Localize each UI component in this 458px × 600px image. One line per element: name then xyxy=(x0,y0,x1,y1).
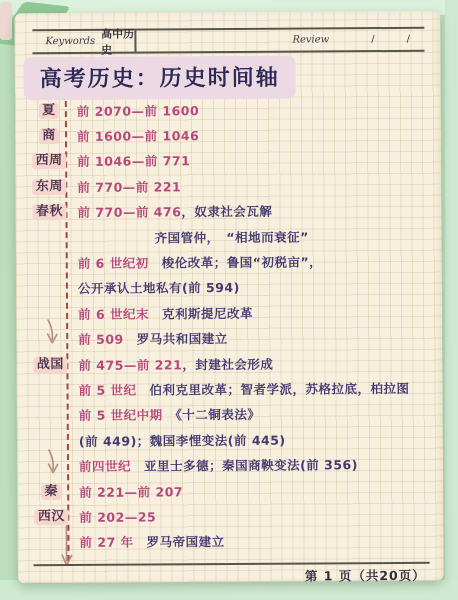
timeline-row: (前 449)；魏国李悝变法(前 445) xyxy=(33,426,437,454)
era-label-wrap: 东周 xyxy=(31,174,67,200)
timeline-row: 公开承认土地私有(前 594) xyxy=(32,273,436,301)
era-label-wrap: 战国 xyxy=(32,352,68,378)
era-label-wrap: 商 xyxy=(31,123,67,149)
subject-label: 高中历史 xyxy=(101,25,135,57)
era-label-wrap: 秦 xyxy=(33,479,69,505)
event-date: 前 1600—前 1046 xyxy=(77,126,199,145)
event-text: 罗马共和国建立 xyxy=(124,329,228,348)
page-number: 第 1 页（共20页） xyxy=(305,566,426,585)
event-text: 罗马帝国建立 xyxy=(134,532,225,551)
page-title: 高考历史：历史时间轴 xyxy=(24,56,296,101)
event-date: 前 2070—前 1600 xyxy=(77,101,199,120)
era-label: 商 xyxy=(39,128,59,144)
timeline-row: 夏 前 2070—前 1600 xyxy=(31,96,435,124)
timeline-row: 前 6 世纪初 梭伦改革；鲁国“初税亩”， xyxy=(32,248,436,276)
timeline-row: 前 6 世纪末 克利斯提尼改革 xyxy=(32,299,436,327)
event-date: 前 1046—前 771 xyxy=(77,152,190,171)
timeline-row: 前四世纪 亚里士多德；秦国商鞅变法(前 356) xyxy=(33,451,437,479)
event-date: 前 509 xyxy=(78,330,124,348)
era-label-wrap: 夏 xyxy=(31,98,67,124)
timeline-rows: 夏 前 2070—前 1600 商 前 1600—前 1046 西周 前 104… xyxy=(31,96,438,555)
timeline-row: 东周 前 770—前 221 xyxy=(31,172,435,200)
review-slash-2: / xyxy=(407,34,410,45)
notebook-page: Keywords 高中历史 Review / / 高考历史：历史时间轴 夏 前 … xyxy=(14,11,443,584)
event-text: 《十二铜表法》 xyxy=(163,405,261,424)
event-date: 前 27 年 xyxy=(79,533,133,551)
timeline-row: 西汉 前 202—25 xyxy=(33,502,437,530)
header-review-cell: Review / / xyxy=(136,34,424,47)
era-label: 秦 xyxy=(41,484,61,500)
era-label-wrap: 春秋 xyxy=(31,200,67,226)
event-date: 前 202—25 xyxy=(79,507,156,525)
event-text: 亚里士多德；秦国商鞅变法(前 356) xyxy=(131,455,358,474)
era-label-wrap: 西周 xyxy=(31,149,67,175)
event-text: (前 449)；魏国李悝变法(前 445) xyxy=(79,430,286,449)
timeline-row: 商 前 1600—前 1046 xyxy=(31,121,435,149)
review-slash-1: / xyxy=(371,34,374,45)
era-label: 东周 xyxy=(33,179,66,195)
event-date: 前 5 世纪中期 xyxy=(79,406,163,425)
timeline-row: 战国 前 475—前 221，封建社会形成 xyxy=(32,350,436,378)
event-date: 前 221—前 207 xyxy=(79,482,183,501)
down-arrow-icon xyxy=(44,319,60,347)
page-header: Keywords 高中历史 Review / / xyxy=(32,27,424,54)
timeline-row: 前 5 世纪中期 《十二铜表法》 xyxy=(33,400,437,428)
background-right-band xyxy=(445,0,458,600)
keywords-label: Keywords xyxy=(45,36,95,47)
era-label: 春秋 xyxy=(33,204,66,220)
event-text: ，奴隶社会瓦解 xyxy=(181,202,272,221)
event-text: 公开承认土地私有(前 594) xyxy=(78,278,240,297)
event-date: 前 5 世纪 xyxy=(79,381,137,399)
era-label: 西周 xyxy=(33,153,66,169)
timeline-row: 前 509 罗马共和国建立 xyxy=(32,324,436,352)
event-date: 前 6 世纪初 xyxy=(78,254,149,272)
event-text: 梭伦改革；鲁国“初税亩”， xyxy=(149,252,323,271)
header-keywords-cell: Keywords 高中历史 xyxy=(32,31,136,53)
timeline-row: 春秋 前 770—前 476，奴隶社会瓦解 xyxy=(31,197,435,225)
timeline-row: 前 27 年 罗马帝国建立 xyxy=(33,527,437,555)
timeline-row: 前 5 世纪 伯利克里改革；智者学派，苏格拉底，柏拉图 xyxy=(32,375,436,403)
era-label: 夏 xyxy=(39,103,59,119)
event-text: 伯利克里改革；智者学派，苏格拉底，柏拉图 xyxy=(136,379,409,399)
timeline-row: 秦 前 221—前 207 xyxy=(33,477,437,505)
review-label: Review xyxy=(292,34,329,45)
event-text: 齐国管仲， “相地而衰征” xyxy=(155,227,309,246)
event-text: ，封建社会形成 xyxy=(182,354,273,373)
event-date: 前 6 世纪末 xyxy=(78,304,149,322)
timeline-row: 西周 前 1046—前 771 xyxy=(31,147,435,175)
down-arrow-icon xyxy=(45,449,61,477)
event-date: 前四世纪 xyxy=(79,457,131,475)
corner-decoration xyxy=(0,2,12,40)
event-date: 前 770—前 221 xyxy=(77,177,181,196)
event-date: 前 475—前 221 xyxy=(78,355,182,374)
era-label: 西汉 xyxy=(35,509,68,525)
era-label: 战国 xyxy=(34,357,67,373)
timeline-row: 齐国管仲， “相地而衰征” xyxy=(32,223,436,251)
event-text: 克利斯提尼改革 xyxy=(149,304,253,323)
event-date: 前 770—前 476 xyxy=(77,203,181,222)
